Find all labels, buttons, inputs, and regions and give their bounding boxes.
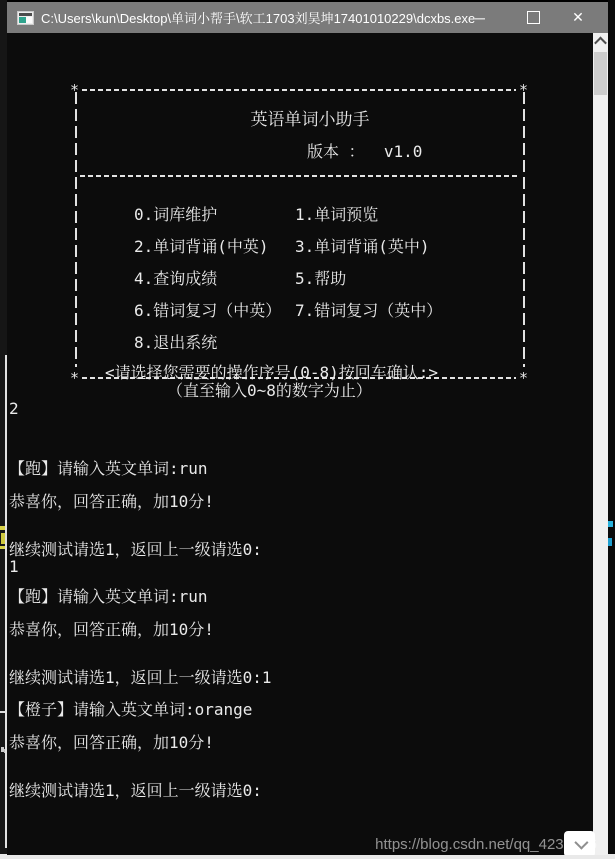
maximize-button[interactable] bbox=[515, 2, 551, 33]
minimize-button[interactable]: ─ bbox=[462, 2, 498, 33]
desktop-icon-fragment bbox=[608, 521, 613, 527]
console-line: 【跑】请输入英文单词:run bbox=[9, 587, 208, 606]
menu-item-8: 8.退出系统 bbox=[134, 333, 295, 365]
menu-row: 8.退出系统 bbox=[134, 333, 520, 365]
console-line: 恭喜你，回答正确，加10分! bbox=[9, 492, 214, 511]
menu-item-7: 7.错词复习（英中） bbox=[295, 301, 520, 333]
console-line: 恭喜你，回答正确，加10分! bbox=[9, 733, 214, 752]
version-label: 版本 ： v1.0 bbox=[307, 139, 422, 162]
menu-items: 0.词库维护 1.单词预览 2.单词背诵(中英) 3.单词背诵(英中) 4.查询… bbox=[134, 205, 520, 365]
dashed-line bbox=[82, 89, 516, 91]
menu-item-6: 6.错词复习（中英） bbox=[134, 301, 295, 333]
menu-box-separator bbox=[77, 175, 521, 177]
menu-box-border-left bbox=[75, 92, 77, 367]
console-line: 【橙子】请输入英文单词:orange bbox=[9, 700, 252, 719]
console-app-icon bbox=[17, 11, 34, 25]
menu-item-2: 2.单词背诵(中英) bbox=[134, 237, 295, 269]
maximize-icon bbox=[527, 11, 540, 24]
scrollbar-up-button[interactable] bbox=[593, 33, 608, 50]
menu-item-5: 5.帮助 bbox=[295, 269, 520, 301]
menu-item-0: 0.词库维护 bbox=[134, 205, 295, 237]
menu-row: 2.单词背诵(中英) 3.单词背诵(英中) bbox=[134, 237, 520, 269]
corner-star: * bbox=[519, 369, 528, 387]
menu-row: 4.查询成绩 5.帮助 bbox=[134, 269, 520, 301]
chevron-down-icon bbox=[574, 836, 588, 850]
console-line: 2 bbox=[9, 399, 19, 418]
desktop-edge-right bbox=[608, 0, 615, 859]
console-output: * * 英语单词小助手 版本 ： v1.0 0.词库维护 1.单词预览 bbox=[7, 33, 608, 855]
menu-box-border-right bbox=[523, 92, 525, 367]
prompt-line-2: （直至输入0~8的数字为止） bbox=[167, 381, 372, 400]
menu-row: 0.词库维护 1.单词预览 bbox=[134, 205, 520, 237]
dashed-line bbox=[80, 175, 518, 177]
titlebar[interactable]: C:\Users\kun\Desktop\单词小帮手\软工1703刘昊坤1740… bbox=[7, 2, 608, 33]
window-title: C:\Users\kun\Desktop\单词小帮手\软工1703刘昊坤1740… bbox=[41, 8, 475, 27]
prompt-line-1: <请选择您需要的操作序号(0-8)按回车确认:> bbox=[105, 363, 438, 382]
scrollbar-thumb[interactable] bbox=[594, 52, 607, 95]
close-icon: ✕ bbox=[572, 9, 584, 26]
scrollbar-track[interactable] bbox=[593, 33, 608, 855]
menu-item-4: 4.查询成绩 bbox=[134, 269, 295, 301]
app-title: 英语单词小助手 bbox=[70, 105, 528, 130]
console-line: 继续测试请选1，返回上一级请选0: bbox=[9, 781, 262, 800]
console-line: 继续测试请选1，返回上一级请选0: bbox=[9, 540, 262, 559]
console-line: 【跑】请输入英文单词:run bbox=[9, 459, 208, 478]
scroll-to-bottom-button[interactable] bbox=[564, 831, 595, 855]
chevron-up-icon bbox=[594, 37, 607, 50]
menu-item-1: 1.单词预览 bbox=[295, 205, 520, 237]
console-line: 继续测试请选1，返回上一级请选0:1 bbox=[9, 668, 272, 687]
menu-box: * * 英语单词小助手 版本 ： v1.0 0.词库维护 1.单词预览 bbox=[70, 79, 528, 379]
menu-row: 6.错词复习（中英） 7.错词复习（英中） bbox=[134, 301, 520, 333]
corner-star: * bbox=[70, 369, 79, 387]
menu-item-3: 3.单词背诵(英中) bbox=[295, 237, 520, 269]
console-window: C:\Users\kun\Desktop\单词小帮手\软工1703刘昊坤1740… bbox=[7, 0, 608, 855]
console-line: 1 bbox=[9, 557, 19, 576]
close-button[interactable]: ✕ bbox=[560, 2, 596, 33]
screen: C:\Users\kun\Desktop\单词小帮手\软工1703刘昊坤1740… bbox=[0, 0, 615, 859]
minimize-icon: ─ bbox=[475, 10, 485, 26]
console-line: 恭喜你，回答正确，加10分! bbox=[9, 620, 214, 639]
watermark-url: https://blog.csdn.net/qq_4230246 bbox=[7, 836, 597, 853]
menu-box-border-top: * * bbox=[70, 81, 528, 99]
menu-item-blank bbox=[295, 333, 520, 365]
